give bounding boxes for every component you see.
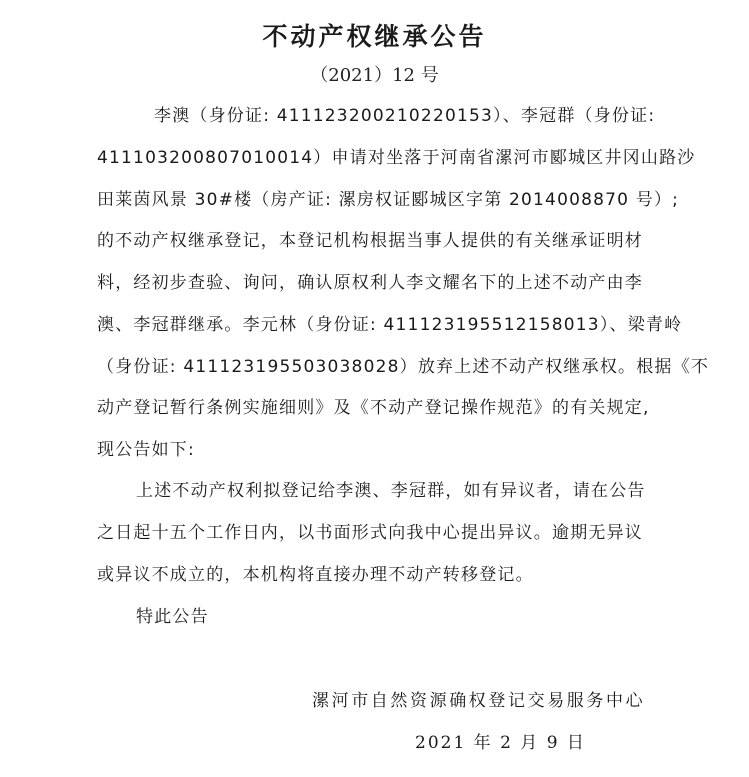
- issuer-signature: 漯河市自然资源确权登记交易服务中心: [312, 689, 645, 713]
- body-line-10: 上述不动产权利拟登记给李澳、李冠群，如有异议者，请在公告: [136, 479, 646, 503]
- body-line-9: 现公告如下:: [97, 438, 195, 462]
- body-line-6: 澳、李冠群继承。李元林（身份证: 411123195512158013）、梁青岭: [97, 313, 682, 337]
- body-line-4: 的不动产权继承登记，本登记机构根据当事人提供的有关继承证明材: [97, 229, 643, 253]
- body-line-3: 田莱茵风景 30#楼（房产证: 漯房权证郾城区字第 2014008870 号）;: [97, 188, 679, 212]
- body-line-5: 料，经初步查验、询问，确认原权利人李文耀名下的上述不动产由李: [97, 271, 643, 295]
- body-line-11: 之日起十五个工作日内，以书面形式向我中心提出异议。逾期无异议: [97, 521, 643, 545]
- body-line-1: 李澳（身份证: 411123200210220153）、李冠群（身份证:: [154, 104, 655, 128]
- closing-line: 特此公告: [136, 605, 209, 629]
- body-line-2: 411103200807010014）申请对坐落于河南省漯河市郾城区井冈山路沙: [97, 146, 696, 170]
- body-line-12: 或异议不成立的，本机构将直接办理不动产转移登记。: [97, 563, 534, 587]
- body-line-8: 动产登记暂行条例实施细则》及《不动产登记操作规范》的有关规定,: [97, 396, 650, 420]
- document-number: （2021）12 号: [0, 63, 749, 89]
- issue-date: 2021 年 2 月 9 日: [415, 731, 586, 755]
- document-title: 不动产权继承公告: [0, 20, 749, 54]
- body-line-7: （身份证: 411123195503038028）放弃上述不动产权继承权。根据《…: [97, 355, 709, 379]
